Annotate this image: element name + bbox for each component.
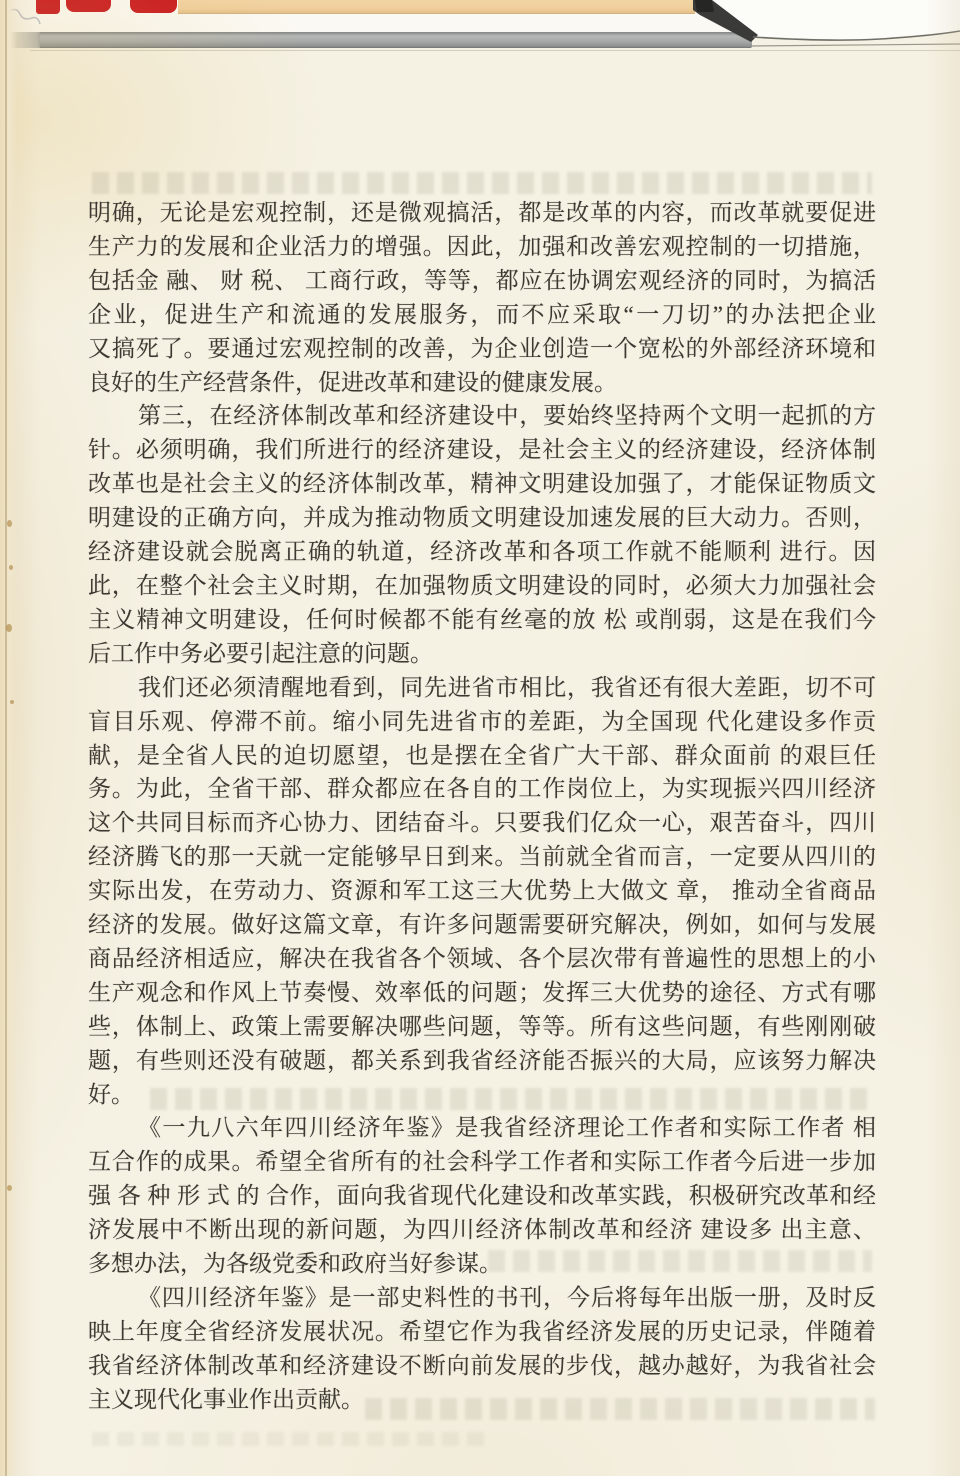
page-crease: [5, 0, 7, 1476]
text-line: 主义现代化事业作出贡献。: [88, 1383, 876, 1417]
text-line: 此，在整个社会主义时期，在加强物质文明建设的同时，必须大力加强社会: [88, 569, 876, 603]
text-line: 我省经济体制改革和经济建设不断向前发展的步伐，越办越好，为我省社会: [88, 1349, 876, 1383]
paper-speck: [10, 700, 14, 704]
paragraph: 第三，在经济体制改革和经济建设中，要始终坚持两个文明一起抓的方针。必须明确，我们…: [88, 399, 876, 670]
text-line: 互合作的成果。希望全省所有的社会科学工作者和实际工作者今后进一步加: [88, 1145, 876, 1179]
text-line: 强 各 种 形 式 的 合作，面向我省现代化建设和改革实践，积极研究改革和经: [88, 1179, 876, 1213]
text-line: 改革也是社会主义的经济体制改革，精神文明建设加强了，才能保证物质文: [88, 467, 876, 501]
paper-speck: [7, 520, 12, 527]
bleedthrough-text: [92, 1432, 492, 1446]
paragraph: 明确，无论是宏观控制，还是微观搞活，都是改革的内容，而改革就要促进生产力的发展和…: [88, 196, 876, 399]
text-line: 针。必须明确，我们所进行的经济建设，是社会主义的经济建设，经济体制: [88, 433, 876, 467]
text-line: 实际出发，在劳动力、资源和军工这三大优势上大做文 章， 推动全省商品: [88, 874, 876, 908]
text-line: 良好的生产经营条件，促进改革和建设的健康发展。: [88, 366, 876, 400]
text-line: 又搞死了。要通过宏观控制的改善，为企业创造一个宽松的外部经济环境和: [88, 332, 876, 366]
text-line: 我们还必须清醒地看到，同先进省市相比，我省还有很大差距，切不可: [88, 671, 876, 705]
text-line: 映上年度全省经济发展状况。希望它作为我省经济发展的历史记录，伴随着: [88, 1315, 876, 1349]
text-line: 这个共同目标而齐心协力、团结奋斗。只要我们亿众一心，艰苦奋斗，四川: [88, 806, 876, 840]
text-line: 经济建设就会脱离正确的轨道，经济改革和各项工作就不能顺利 进行。因: [88, 535, 876, 569]
scanned-page: 明确，无论是宏观控制，还是微观搞活，都是改革的内容，而改革就要促进生产力的发展和…: [0, 0, 960, 1476]
document-text: 明确，无论是宏观控制，还是微观搞活，都是改革的内容，而改革就要促进生产力的发展和…: [88, 196, 876, 1417]
text-line: 好。: [88, 1078, 876, 1112]
page-curl-corner: [0, 0, 960, 70]
text-line: 献，是全省人民的迫切愿望，也是摆在全省广大干部、群众面前 的艰巨任: [88, 739, 876, 773]
paragraph: 《一九八六年四川经济年鉴》是我省经济理论工作者和实际工作者 相互合作的成果。希望…: [88, 1111, 876, 1281]
paragraph: 《四川经济年鉴》是一部史料性的书刊，今后将每年出版一册，及时反映上年度全省经济发…: [88, 1281, 876, 1417]
text-line: 包括金 融、 财 税、 工商行政，等等，都应在协调宏观经济的同时，为搞活: [88, 264, 876, 298]
text-line: 明建设的正确方向，并成为推动物质文明建设加速发展的巨大动力。否则，: [88, 501, 876, 535]
text-line: 题，有些则还没有破题，都关系到我省经济能否振兴的大局，应该努力解决: [88, 1044, 876, 1078]
text-line: 盲目乐观、停滞不前。缩小同先进省市的差距，为全国现 代化建设多作贡: [88, 705, 876, 739]
text-line: 经济的发展。做好这篇文章，有许多问题需要研究解决，例如，如何与发展: [88, 908, 876, 942]
page-edge-line: [30, 50, 960, 51]
text-line: 多想办法，为各级党委和政府当好参谋。: [88, 1247, 876, 1281]
paragraph: 我们还必须清醒地看到，同先进省市相比，我省还有很大差距，切不可盲目乐观、停滞不前…: [88, 671, 876, 1112]
text-line: 商品经济相适应，解决在我省各个领域、各个层次带有普遍性的思想上的小: [88, 942, 876, 976]
text-line: 企业，促进生产和流通的发展服务，而不应采取“一刀切”的办法把企业: [88, 298, 876, 332]
text-line: 第三，在经济体制改革和经济建设中，要始终坚持两个文明一起抓的方: [88, 399, 876, 433]
text-line: 《四川经济年鉴》是一部史料性的书刊，今后将每年出版一册，及时反: [88, 1281, 876, 1315]
text-line: 《一九八六年四川经济年鉴》是我省经济理论工作者和实际工作者 相: [88, 1111, 876, 1145]
page-left-edge: [0, 0, 17, 1476]
text-line: 明确，无论是宏观控制，还是微观搞活，都是改革的内容，而改革就要促进: [88, 196, 876, 230]
text-line: 生产观念和作风上节奏慢、效率低的问题；发挥三大优势的途径、方式有哪: [88, 976, 876, 1010]
paper-speck: [7, 1185, 12, 1191]
text-line: 济发展中不断出现的新问题，为四川经济体制改革和经济 建设多 出主意、: [88, 1213, 876, 1247]
bleedthrough-text: [92, 172, 872, 194]
text-line: 主义精神文明建设，任何时候都不能有丝毫的放 松 或削弱，这是在我们今: [88, 603, 876, 637]
paper-speck: [9, 565, 13, 570]
text-line: 经济腾飞的那一天就一定能够早日到来。当前就全省而言，一定要从四川的: [88, 840, 876, 874]
paper-speck: [6, 624, 12, 632]
text-line: 务。为此，全省干部、群众都应在各自的工作岗位上，为实现振兴四川经济: [88, 772, 876, 806]
text-line: 些，体制上、政策上需要解决哪些问题，等等。所有这些问题，有些刚刚破: [88, 1010, 876, 1044]
text-line: 生产力的发展和企业活力的增强。因此，加强和改善宏观控制的一切措施，: [88, 230, 876, 264]
text-line: 后工作中务必要引起注意的问题。: [88, 637, 876, 671]
